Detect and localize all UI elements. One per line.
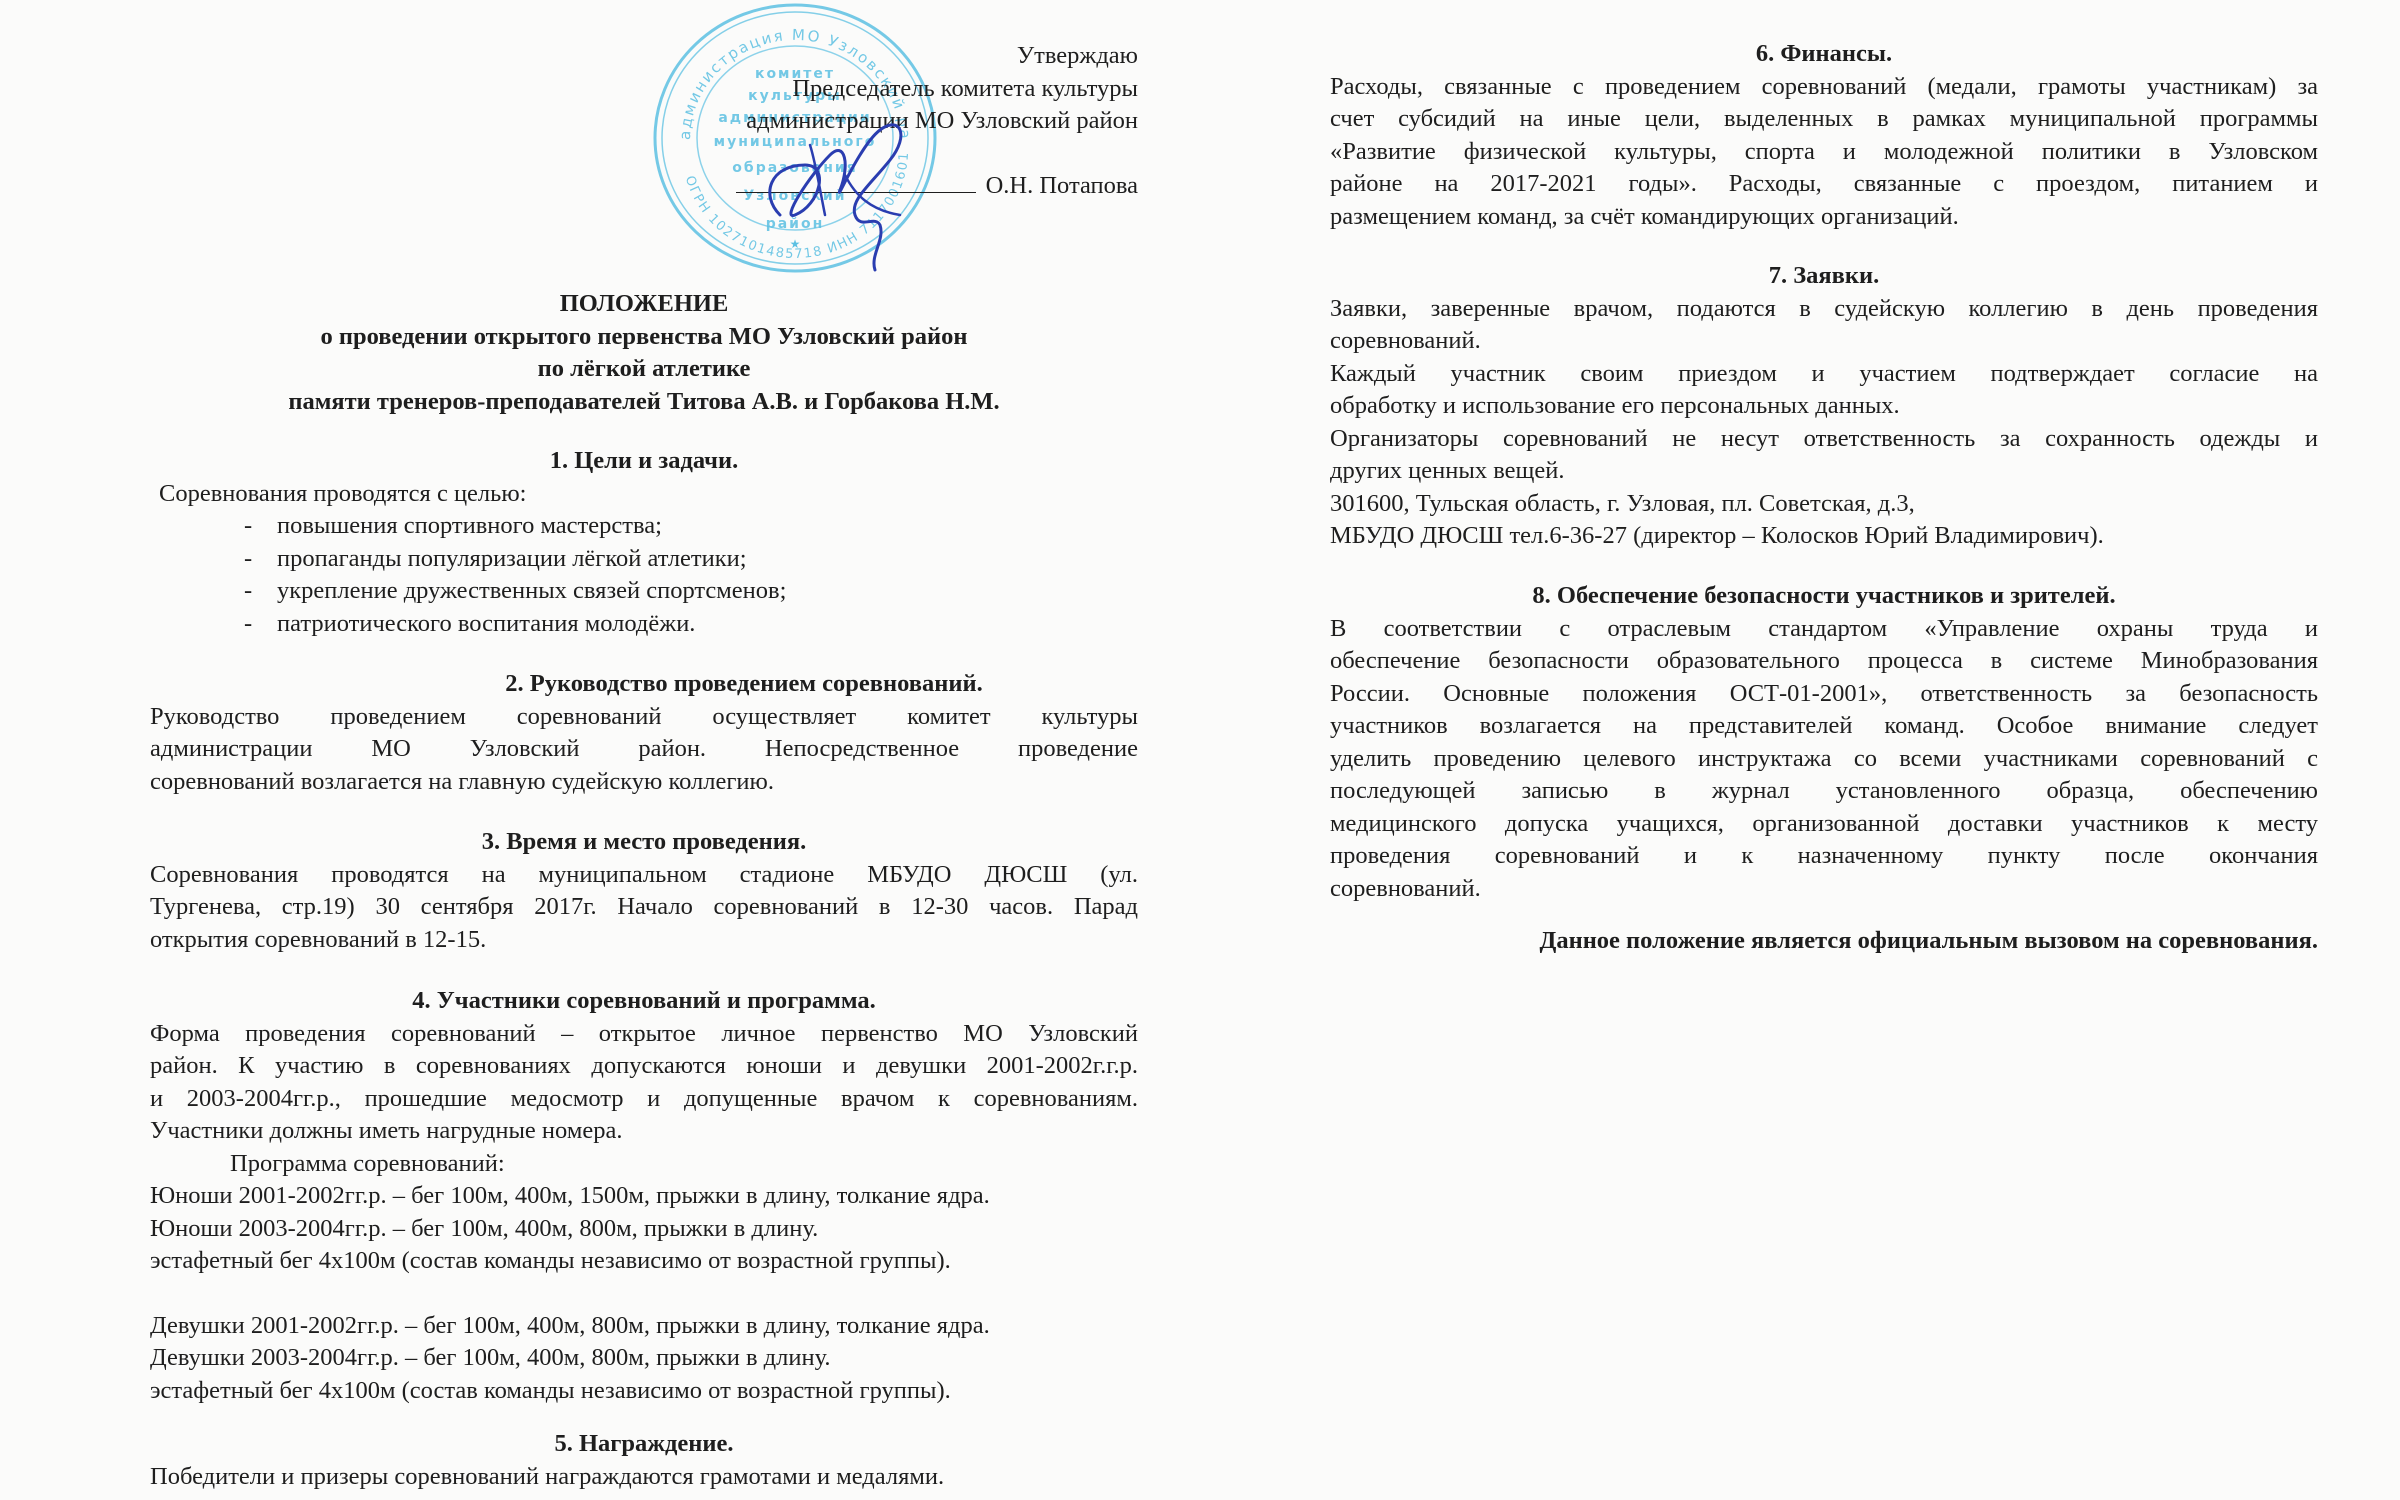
paragraph-line: Форма проведения соревнований – открытое… bbox=[150, 1018, 1138, 1051]
section-time-place: 3. Время и место проведения. Соревновани… bbox=[150, 826, 1138, 956]
list-item: -патриотического воспитания молодёжи. bbox=[150, 608, 1138, 641]
section-management: 2. Руководство проведением соревнований.… bbox=[150, 668, 1138, 798]
final-note-block: Данное положение является официальным вы… bbox=[1330, 925, 2318, 958]
paragraph-line: соревнований. bbox=[1330, 873, 2318, 906]
section-finances: 6. Финансы. Расходы, связанные с проведе… bbox=[1330, 38, 2318, 233]
program-boys-relay: эстафетный бег 4х100м (состав команды не… bbox=[150, 1245, 1138, 1278]
paragraph-line: соревнований возлагается на главную суде… bbox=[150, 766, 1138, 799]
program-girls-line: Девушки 2003-2004гг.р. – бег 100м, 400м,… bbox=[150, 1342, 1138, 1375]
section-heading: 4. Участники соревнований и программа. bbox=[150, 985, 1138, 1018]
program-label: Программа соревнований: bbox=[150, 1148, 1138, 1181]
paragraph-line: других ценных вещей. bbox=[1330, 455, 2318, 488]
approver-position-line2: администрации МО Узловский район bbox=[538, 105, 1138, 138]
program-boys-line: Юноши 2001-2002гг.р. – бег 100м, 400м, 1… bbox=[150, 1180, 1138, 1213]
paragraph-line: открытия соревнований в 12-15. bbox=[150, 924, 1138, 957]
section-heading: 2. Руководство проведением соревнований. bbox=[150, 668, 1138, 701]
title-line2: о проведении открытого первенства МО Узл… bbox=[150, 321, 1138, 354]
paragraph-line: район. К участию в соревнованиях допуска… bbox=[150, 1050, 1138, 1083]
paragraph-line: обработку и использование его персональн… bbox=[1330, 390, 2318, 423]
bullet-dash: - bbox=[244, 608, 252, 641]
title-line1: ПОЛОЖЕНИЕ bbox=[150, 288, 1138, 321]
paragraph-line: уделить проведению целевого инструктажа … bbox=[1330, 743, 2318, 776]
paragraph-line: проведения соревнований и к назначенному… bbox=[1330, 840, 2318, 873]
paragraph-line: администрации МО Узловский район. Непоср… bbox=[150, 733, 1138, 766]
list-item: -укрепление дружественных связей спортсм… bbox=[150, 575, 1138, 608]
contact-line: МБУДО ДЮСШ тел.6-36-27 (директор – Колос… bbox=[1330, 520, 2318, 553]
bullet-dash: - bbox=[244, 575, 252, 608]
section-awards: 5. Награждение. Победители и призеры сор… bbox=[150, 1428, 1138, 1493]
bullet-dash: - bbox=[244, 510, 252, 543]
paragraph-line: Организаторы соревнований не несут ответ… bbox=[1330, 423, 2318, 456]
title-line3: по лёгкой атлетике bbox=[150, 353, 1138, 386]
goals-list: -повышения спортивного мастерства; -проп… bbox=[150, 510, 1138, 640]
section-applications: 7. Заявки. Заявки, заверенные врачом, по… bbox=[1330, 260, 2318, 553]
official-invitation-note: Данное положение является официальным вы… bbox=[1330, 925, 2318, 958]
section-heading: 1. Цели и задачи. bbox=[150, 445, 1138, 478]
section-heading: 5. Награждение. bbox=[150, 1428, 1138, 1461]
paragraph-line: Каждый участник своим приездом и участие… bbox=[1330, 358, 2318, 391]
program-girls-relay: эстафетный бег 4х100м (состав команды не… bbox=[150, 1375, 1138, 1408]
approve-label: Утверждаю bbox=[538, 40, 1138, 73]
section-participants-program: 4. Участники соревнований и программа. Ф… bbox=[150, 985, 1138, 1407]
section-safety: 8. Обеспечение безопасности участников и… bbox=[1330, 580, 2318, 905]
program-girls-line: Девушки 2001-2002гг.р. – бег 100м, 400м,… bbox=[150, 1310, 1138, 1343]
svg-text:район: район bbox=[766, 216, 825, 232]
paragraph-line: счет субсидий на иные цели, выделенных в… bbox=[1330, 103, 2318, 136]
paragraph-line: обеспечение безопасности образовательног… bbox=[1330, 645, 2318, 678]
paragraph-line: Заявки, заверенные врачом, подаются в су… bbox=[1330, 293, 2318, 326]
signature-line bbox=[736, 174, 976, 193]
address-line: 301600, Тульская область, г. Узловая, пл… bbox=[1330, 488, 2318, 521]
program-boys-line: Юноши 2003-2004гг.р. – бег 100м, 400м, 8… bbox=[150, 1213, 1138, 1246]
approver-position-line1: Председатель комитета культуры bbox=[538, 73, 1138, 106]
paragraph-line: Тургенева, стр.19) 30 сентября 2017г. На… bbox=[150, 891, 1138, 924]
paragraph-line: Соревнования проводятся на муниципальном… bbox=[150, 859, 1138, 892]
paragraph-line: Расходы, связанные с проведением соревно… bbox=[1330, 71, 2318, 104]
paragraph-line: последующей записью в журнал установленн… bbox=[1330, 775, 2318, 808]
signer-name: О.Н. Потапова bbox=[986, 172, 1138, 199]
paragraph-line: участников возлагается на представителей… bbox=[1330, 710, 2318, 743]
signature-row: О.Н. Потапова bbox=[538, 170, 1138, 203]
list-item: -пропаганды популяризации лёгкой атлетик… bbox=[150, 543, 1138, 576]
paragraph-line: медицинского допуска учащихся, организов… bbox=[1330, 808, 2318, 841]
bullet-dash: - bbox=[244, 543, 252, 576]
section-heading: 6. Финансы. bbox=[1330, 38, 2318, 71]
paragraph-line: и 2003-2004гг.р., прошедшие медосмотр и … bbox=[150, 1083, 1138, 1116]
section-heading: 3. Время и место проведения. bbox=[150, 826, 1138, 859]
paragraph-line: Участники должны иметь нагрудные номера. bbox=[150, 1115, 1138, 1148]
section-heading: 8. Обеспечение безопасности участников и… bbox=[1330, 580, 2318, 613]
approval-block: Утверждаю Председатель комитета культуры… bbox=[538, 40, 1138, 202]
list-item: -повышения спортивного мастерства; bbox=[150, 510, 1138, 543]
document-title: ПОЛОЖЕНИЕ о проведении открытого первенс… bbox=[150, 288, 1138, 418]
paragraph-line: «Развитие физической культуры, спорта и … bbox=[1330, 136, 2318, 169]
paragraph-line: размещением команд, за счёт командирующи… bbox=[1330, 201, 2318, 234]
paragraph-line: В соответствии с отраслевым стандартом «… bbox=[1330, 613, 2318, 646]
paragraph-line: Победители и призеры соревнований награж… bbox=[150, 1461, 1138, 1494]
svg-text:★: ★ bbox=[790, 237, 801, 251]
paragraph-line: Руководство проведением соревнований осу… bbox=[150, 701, 1138, 734]
paragraph-line: России. Основные положения ОСТ-01-2001»,… bbox=[1330, 678, 2318, 711]
paragraph-line: соревнований. bbox=[1330, 325, 2318, 358]
title-line4: памяти тренеров-преподавателей Титова А.… bbox=[150, 386, 1138, 419]
section-heading: 7. Заявки. bbox=[1330, 260, 2318, 293]
section-intro: Соревнования проводятся с целью: bbox=[150, 478, 1138, 511]
paragraph-line: районе на 2017-2021 годы». Расходы, связ… bbox=[1330, 168, 2318, 201]
section-goals: 1. Цели и задачи. Соревнования проводятс… bbox=[150, 445, 1138, 640]
